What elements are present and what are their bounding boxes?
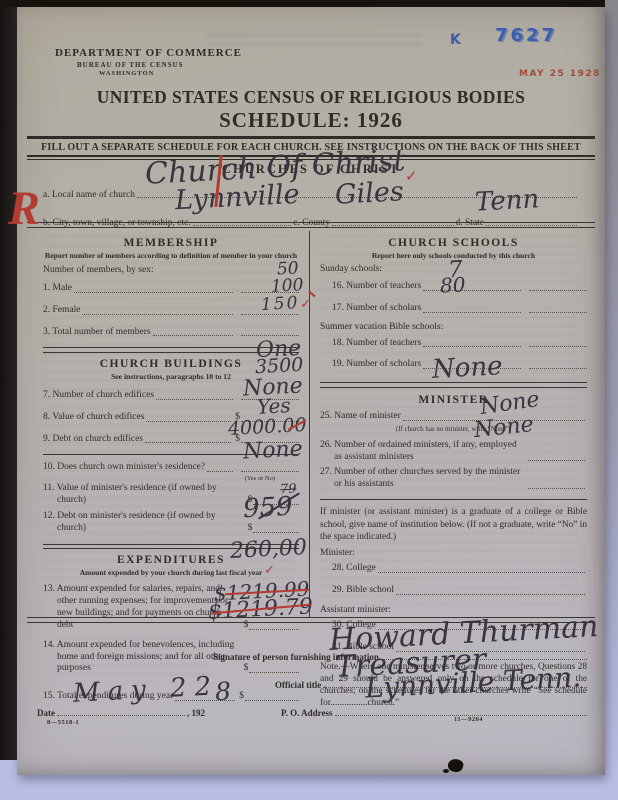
section-note: Amount expended by your church during la… <box>43 568 299 578</box>
membership-intro: Number of members, by sex: <box>43 265 299 275</box>
ghost-text <box>207 34 422 47</box>
field-label: P. O. Address <box>281 708 333 718</box>
graduate-instructions: If minister (or assistant minister) is a… <box>320 506 587 543</box>
answer-space <box>245 699 299 701</box>
field-label: 28. College <box>320 563 376 575</box>
red-check-total: ✓ <box>300 297 311 310</box>
answer-space <box>529 311 587 313</box>
form-line-other-churches: 27. Number of other churches served by t… <box>320 467 587 491</box>
left-column: MEMBERSHIP Report number of members acco… <box>27 231 309 617</box>
yes-or-no-note: (Yes or No) <box>43 475 299 482</box>
form-line-ordained: 26. Number of ordained ministers, if any… <box>320 440 587 464</box>
dotted-leader <box>423 311 521 313</box>
currency-sign: $ <box>244 663 249 675</box>
field-label: Official title <box>275 680 321 690</box>
red-check-benevolences: ✓ <box>264 563 275 576</box>
scanned-census-document: DEPARTMENT OF COMMERCE BUREAU OF THE CEN… <box>0 0 618 800</box>
handwritten-minister-none: None <box>431 353 503 383</box>
form-line-date-address: Date , 192 P. O. Address <box>37 708 589 718</box>
field-label: 11. Value of minister's residence (if ow… <box>43 483 242 507</box>
form-number-right: 11—9204 <box>454 716 483 723</box>
form-line-college-28: 28. College <box>320 563 587 575</box>
answer-space <box>253 531 299 533</box>
dotted-leader <box>378 571 585 573</box>
field-label: Date <box>37 708 55 718</box>
handwritten-expenses: 959 <box>243 494 294 523</box>
dotted-leader <box>57 714 185 716</box>
field-label: 27. Number of other churches served by t… <box>320 467 526 491</box>
section-note: Report number of members according to de… <box>43 251 299 261</box>
handwritten-total-count: 150 <box>260 295 299 314</box>
section-title-minister: MINISTER <box>320 394 587 406</box>
field-label: 25. Name of minister <box>320 411 401 423</box>
field-label: 3. Total number of members <box>43 327 151 339</box>
form-line-male: 1. Male <box>43 283 299 295</box>
answer-space <box>249 628 299 630</box>
field-label: 1. Male <box>43 283 72 295</box>
bureau-name: BUREAU OF THE CENSUS <box>55 61 242 70</box>
scan-background-right <box>605 0 618 768</box>
census-form-page: DEPARTMENT OF COMMERCE BUREAU OF THE CEN… <box>17 7 605 775</box>
handwritten-residence-value: 4000.00 <box>228 416 307 439</box>
handwritten-residence-debt: None <box>243 438 304 463</box>
red-r-mark: R <box>8 185 40 233</box>
answer-space <box>529 367 587 369</box>
field-label: 26. Number of ordained ministers, if any… <box>320 440 526 464</box>
handwritten-year-digit: 8 <box>214 679 231 705</box>
k-stamp: K <box>450 33 461 47</box>
dotted-leader <box>82 313 233 315</box>
rule <box>320 499 587 500</box>
handwritten-city: Lynnville <box>174 181 300 214</box>
department-name: DEPARTMENT OF COMMERCE <box>55 47 242 61</box>
dotted-leader <box>528 459 585 461</box>
field-label: 14. Amount expended for benevolences, in… <box>43 640 238 676</box>
dotted-leader <box>528 487 585 489</box>
currency-sign: $ <box>239 691 244 703</box>
dotted-leader <box>423 289 521 291</box>
dotted-leader <box>145 441 231 443</box>
form-line-vbs-teachers: 18. Number of teachers <box>320 338 587 350</box>
field-label: 18. Number of teachers <box>320 338 421 350</box>
field-label: 16. Number of teachers <box>320 281 421 293</box>
form-number-left: 8—5518-1 <box>47 719 79 726</box>
form-line-total-members: 3. Total number of members <box>43 327 299 339</box>
field-label: 9. Debt on church edifices <box>43 434 143 446</box>
file-number-stamp: 7627 <box>495 27 557 45</box>
field-label: 29. Bible school <box>320 585 394 597</box>
summer-schools-label: Summer vacation Bible schools: <box>320 322 587 332</box>
schedule-year: SCHEDULE: 1926 <box>17 108 605 133</box>
dotted-leader <box>423 345 521 347</box>
right-column: CHURCH SCHOOLS Report here only schools … <box>309 231 595 617</box>
field-label: 10. Does church own minister's residence… <box>43 462 205 474</box>
answer-space <box>241 470 299 472</box>
ink-blot-small <box>443 769 449 773</box>
minister-label: Minister: <box>320 548 587 558</box>
field-label: 7. Number of church edifices <box>43 390 154 402</box>
no-minister-note: (If church has no minister, write “None”… <box>320 425 587 433</box>
form-title: UNITED STATES CENSUS OF RELIGIOUS BODIES <box>17 87 605 108</box>
answer-space <box>249 671 299 673</box>
handwritten-benevolences: 260,00 <box>229 537 307 563</box>
handwritten-date: May 22 <box>72 673 219 707</box>
dotted-leader <box>146 420 231 422</box>
handwritten-scholars: 80 <box>439 274 465 295</box>
office-name: WASHINGTON <box>55 70 242 78</box>
answer-space <box>529 345 587 347</box>
form-line-bible-29: 29. Bible school <box>320 585 587 597</box>
red-check-county: ✓ <box>405 170 418 185</box>
section-title-membership: MEMBERSHIP <box>43 237 299 249</box>
field-label: 2. Female <box>43 305 80 317</box>
scan-background-left <box>0 0 17 760</box>
dotted-leader <box>74 291 233 293</box>
answer-space <box>529 289 587 291</box>
printed-year: , 192 <box>187 708 205 718</box>
form-line-ss-scholars: 17. Number of scholars <box>320 303 587 315</box>
dotted-leader <box>207 470 233 472</box>
field-label: a. Local name of church <box>43 190 135 200</box>
dotted-leader <box>156 398 233 400</box>
field-label: 12. Debt on minister's residence (if own… <box>43 511 242 535</box>
double-rule <box>27 222 595 228</box>
section-title-schools: CHURCH SCHOOLS <box>320 237 587 249</box>
dotted-leader <box>153 334 233 336</box>
currency-sign: $ <box>248 523 253 535</box>
field-label: 17. Number of scholars <box>320 303 421 315</box>
scan-background-top <box>0 0 618 7</box>
received-date-stamp: MAY 25 1928 <box>519 69 601 79</box>
dotted-leader <box>396 593 585 595</box>
handwritten-total-corrected: $1219.79 <box>208 596 314 623</box>
form-line-minister-name: 25. Name of minister <box>320 411 587 423</box>
form-line-own-residence: 10. Does church own minister's residence… <box>43 462 299 474</box>
field-label: 19. Number of scholars <box>320 359 421 371</box>
handwritten-other-churches-none: None <box>473 414 535 442</box>
handwritten-state: Tenn <box>474 186 539 215</box>
agency-block: DEPARTMENT OF COMMERCE BUREAU OF THE CEN… <box>55 47 242 78</box>
form-columns: MEMBERSHIP Report number of members acco… <box>27 231 595 617</box>
handwritten-county: Giles <box>334 178 404 209</box>
handwritten-own-residence: Yes <box>257 395 292 417</box>
field-label: 8. Value of church edifices <box>43 412 144 424</box>
